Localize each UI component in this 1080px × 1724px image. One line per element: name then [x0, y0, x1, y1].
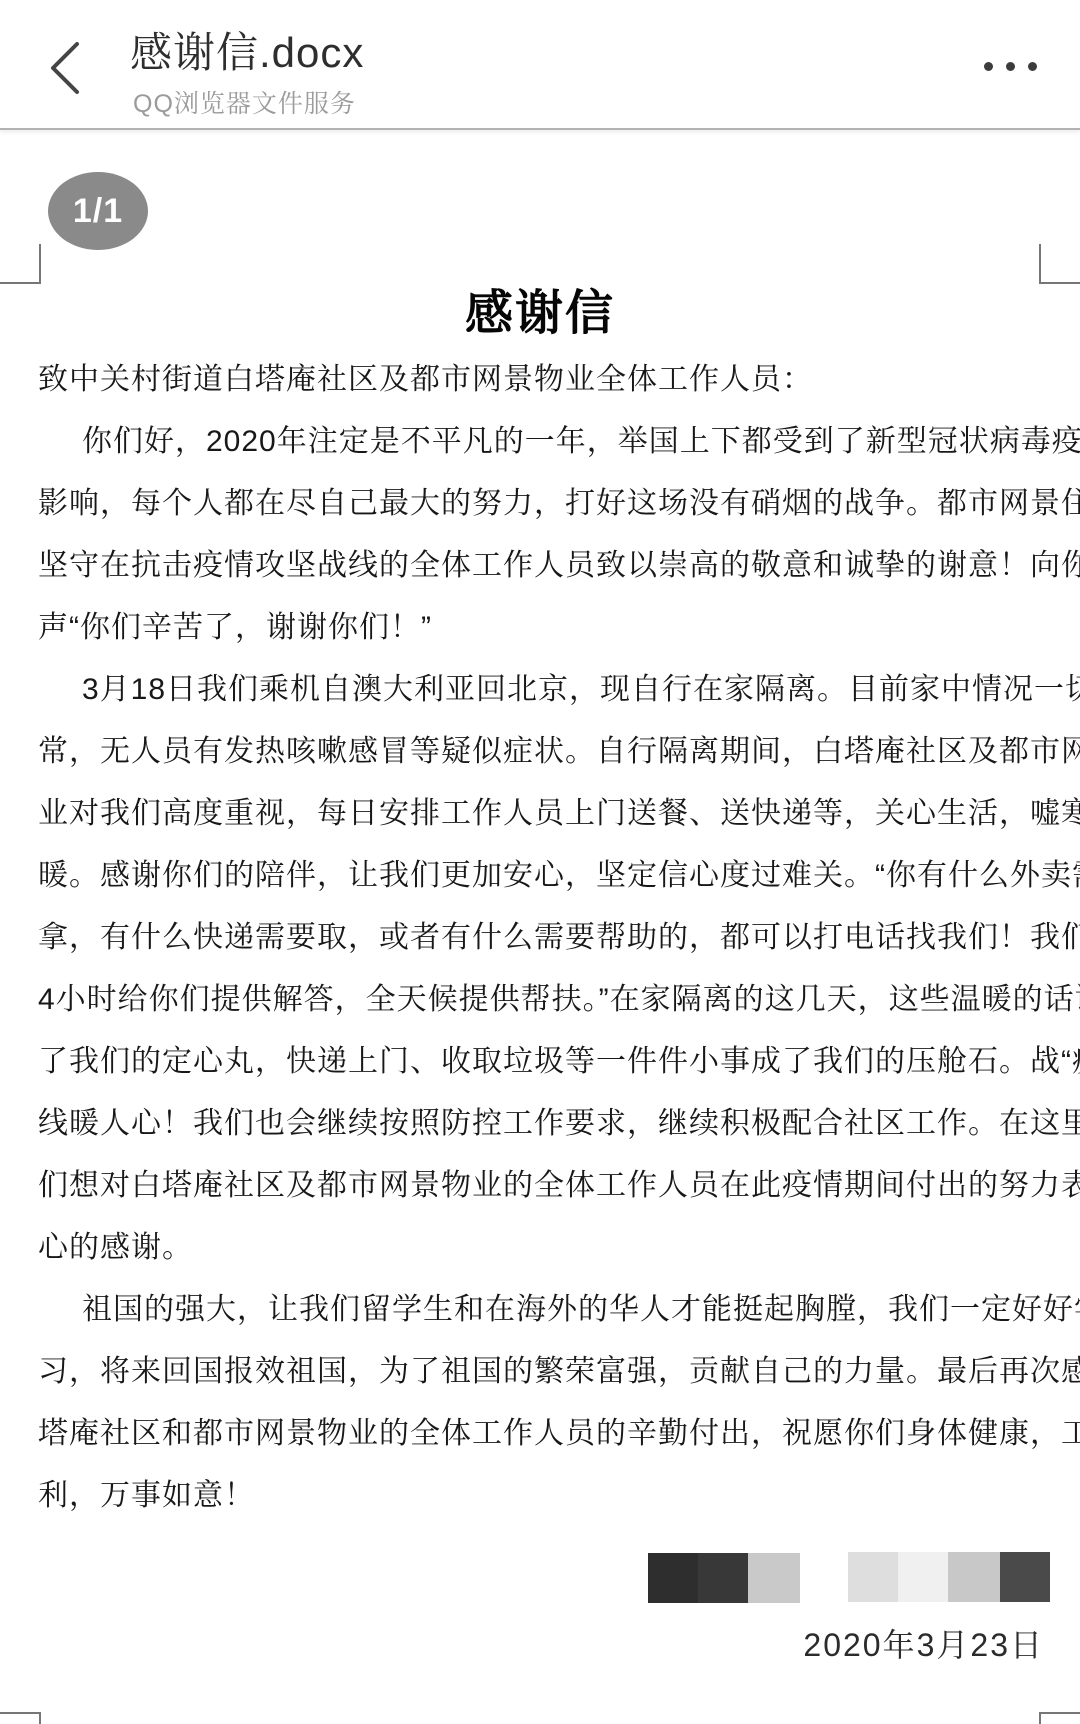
- doc-line: 祖国的强大，让我们留学生和在海外的华人才能挺起胸膛，我们一定好好学: [38, 1279, 1042, 1341]
- signature-redaction-block: [648, 1553, 800, 1603]
- redaction-segment: [648, 1553, 698, 1603]
- doc-line: 线暖人心！我们也会继续按照防控工作要求，继续积极配合社区工作。在这里，我: [38, 1093, 1042, 1155]
- doc-line: 塔庵社区和都市网景物业的全体工作人员的辛勤付出，祝愿你们身体健康，工作顺: [38, 1403, 1042, 1465]
- redaction-segment: [1000, 1552, 1050, 1602]
- page-indicator-badge: 1/1: [48, 172, 148, 250]
- app-header: 感谢信.docx QQ浏览器文件服务: [0, 0, 1080, 130]
- doc-line: 利，万事如意！: [38, 1465, 1042, 1527]
- page-corner-mark-top-right: [1039, 244, 1080, 284]
- doc-line: 4小时给你们提供解答，全天候提供帮扶。”在家隔离的这几天，这些温暖的话语成: [38, 969, 1042, 1031]
- page-corner-mark-top-left: [0, 244, 41, 284]
- qq-file-viewer-screen: 感谢信.docx QQ浏览器文件服务 1/1 感谢信 致中关村街道白塔庵社区及都…: [0, 0, 1080, 1724]
- doc-line: 习，将来回国报效祖国，为了祖国的繁荣富强，贡献自己的力量。最后再次感谢白: [38, 1341, 1042, 1403]
- ellipsis-icon: [984, 62, 1037, 71]
- doc-line: 暖。感谢你们的陪伴，让我们更加安心，坚定信心度过难关。“你有什么外卖需要: [38, 845, 1042, 907]
- redaction-segment: [948, 1552, 1000, 1602]
- doc-line: 业对我们高度重视，每日安排工作人员上门送餐、送快递等，关心生活，嘘寒问: [38, 783, 1042, 845]
- back-button[interactable]: [30, 24, 100, 110]
- document-title: 感谢信: [38, 283, 1042, 345]
- doc-line: 影响，每个人都在尽自己最大的努力，打好这场没有硝烟的战争。都市网景住户向: [38, 473, 1042, 535]
- doc-line: 致中关村街道白塔庵社区及都市网景物业全体工作人员：: [38, 349, 1042, 411]
- doc-line: 了我们的定心丸，快递上门、收取垃圾等一件件小事成了我们的压舱石。战“疫”一: [38, 1031, 1042, 1093]
- service-subtitle: QQ浏览器文件服务: [133, 84, 356, 120]
- signature-redaction-block: [848, 1552, 1050, 1602]
- doc-line: 3月18日我们乘机自澳大利亚回北京，现自行在家隔离。目前家中情况一切正: [38, 659, 1042, 721]
- doc-line: 你们好，2020年注定是不平凡的一年，举国上下都受到了新型冠状病毒疫情的: [38, 411, 1042, 473]
- redaction-segment: [748, 1553, 800, 1603]
- redaction-segment: [698, 1553, 748, 1603]
- document-body: 致中关村街道白塔庵社区及都市网景物业全体工作人员：你们好，2020年注定是不平凡…: [38, 349, 1042, 1527]
- more-button[interactable]: [970, 40, 1060, 90]
- doc-line: 们想对白塔庵社区及都市网景物业的全体工作人员在此疫情期间付出的努力表示衷: [38, 1155, 1042, 1217]
- doc-line: 坚守在抗击疫情攻坚战线的全体工作人员致以崇高的敬意和诚挚的谢意！向你们道: [38, 535, 1042, 597]
- redaction-segment: [898, 1552, 948, 1602]
- page-corner-mark-bottom-left: [0, 1712, 41, 1724]
- chevron-left-icon: [46, 40, 82, 96]
- doc-line: 常，无人员有发热咳嗽感冒等疑似症状。自行隔离期间，白塔庵社区及都市网景物: [38, 721, 1042, 783]
- page-corner-mark-bottom-right: [1039, 1712, 1080, 1724]
- doc-line: 心的感谢。: [38, 1217, 1042, 1279]
- file-title: 感谢信.docx: [130, 20, 364, 80]
- doc-line: 拿，有什么快递需要取，或者有什么需要帮助的，都可以打电话找我们！我们会2: [38, 907, 1042, 969]
- doc-line: 声“你们辛苦了，谢谢你们！”: [38, 597, 1042, 659]
- redaction-segment: [848, 1552, 898, 1602]
- document-date: 2020年3月23日: [803, 1620, 1044, 1666]
